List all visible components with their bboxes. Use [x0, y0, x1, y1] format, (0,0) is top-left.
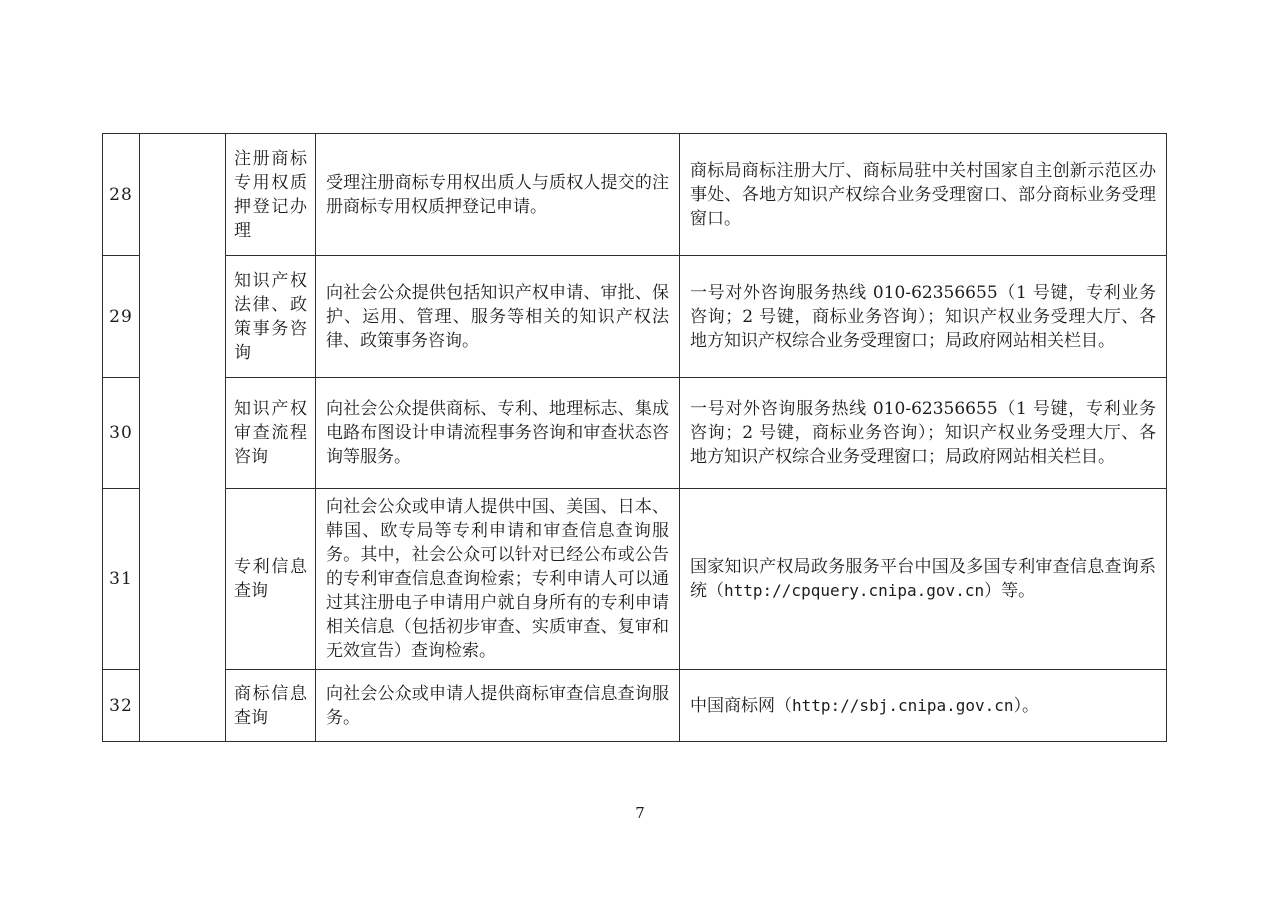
- row-number: 31: [103, 489, 140, 670]
- table-row: 30 知识产权审查流程咨询 向社会公众提供商标、专利、地理标志、集成电路布图设计…: [103, 378, 1167, 489]
- service-description: 向社会公众提供包括知识产权申请、审批、保护、运用、管理、服务等相关的知识产权法律…: [316, 256, 680, 378]
- row-number: 32: [103, 670, 140, 742]
- channels-text: ）等。: [984, 581, 1035, 601]
- service-channels: 国家知识产权局政务服务平台中国及多国专利审查信息查询系统（http://cpqu…: [680, 489, 1167, 670]
- service-name: 知识产权审查流程咨询: [226, 378, 316, 489]
- row-number: 30: [103, 378, 140, 489]
- service-channels: 商标局商标注册大厅、商标局驻中关村国家自主创新示范区办事处、各地方知识产权综合业…: [680, 134, 1167, 256]
- service-channels: 一号对外咨询服务热线 010-62356655（1 号键，专利业务咨询；2 号键…: [680, 378, 1167, 489]
- channels-text: ）。: [1014, 696, 1040, 716]
- table-row: 31 专利信息查询 向社会公众或申请人提供中国、美国、日本、韩国、欧专局等专利申…: [103, 489, 1167, 670]
- page-number: 7: [0, 804, 1280, 822]
- service-description: 向社会公众提供商标、专利、地理标志、集成电路布图设计申请流程事务咨询和审查状态咨…: [316, 378, 680, 489]
- row-number: 29: [103, 256, 140, 378]
- service-name: 商标信息查询: [226, 670, 316, 742]
- channels-text: 中国商标网（: [690, 696, 792, 716]
- service-name: 专利信息查询: [226, 489, 316, 670]
- table-row: 32 商标信息查询 向社会公众或申请人提供商标审查信息查询服务。 中国商标网（h…: [103, 670, 1167, 742]
- table-row: 29 知识产权法律、政策事务咨询 向社会公众提供包括知识产权申请、审批、保护、运…: [103, 256, 1167, 378]
- category-cell: [140, 134, 226, 742]
- service-name: 注册商标专用权质押登记办理: [226, 134, 316, 256]
- service-name: 知识产权法律、政策事务咨询: [226, 256, 316, 378]
- service-description: 向社会公众或申请人提供商标审查信息查询服务。: [316, 670, 680, 742]
- service-channels: 中国商标网（http://sbj.cnipa.gov.cn）。: [680, 670, 1167, 742]
- row-number: 28: [103, 134, 140, 256]
- channels-url: http://cpquery.cnipa.gov.cn: [724, 581, 984, 600]
- service-description: 向社会公众或申请人提供中国、美国、日本、韩国、欧专局等专利申请和审查信息查询服务…: [316, 489, 680, 670]
- table-row: 28 注册商标专用权质押登记办理 受理注册商标专用权出质人与质权人提交的注册商标…: [103, 134, 1167, 256]
- service-channels: 一号对外咨询服务热线 010-62356655（1 号键，专利业务咨询；2 号键…: [680, 256, 1167, 378]
- service-description: 受理注册商标专用权出质人与质权人提交的注册商标专用权质押登记申请。: [316, 134, 680, 256]
- channels-url: http://sbj.cnipa.gov.cn: [792, 696, 1014, 715]
- services-table: 28 注册商标专用权质押登记办理 受理注册商标专用权出质人与质权人提交的注册商标…: [102, 133, 1167, 742]
- document-page: 28 注册商标专用权质押登记办理 受理注册商标专用权出质人与质权人提交的注册商标…: [0, 0, 1280, 905]
